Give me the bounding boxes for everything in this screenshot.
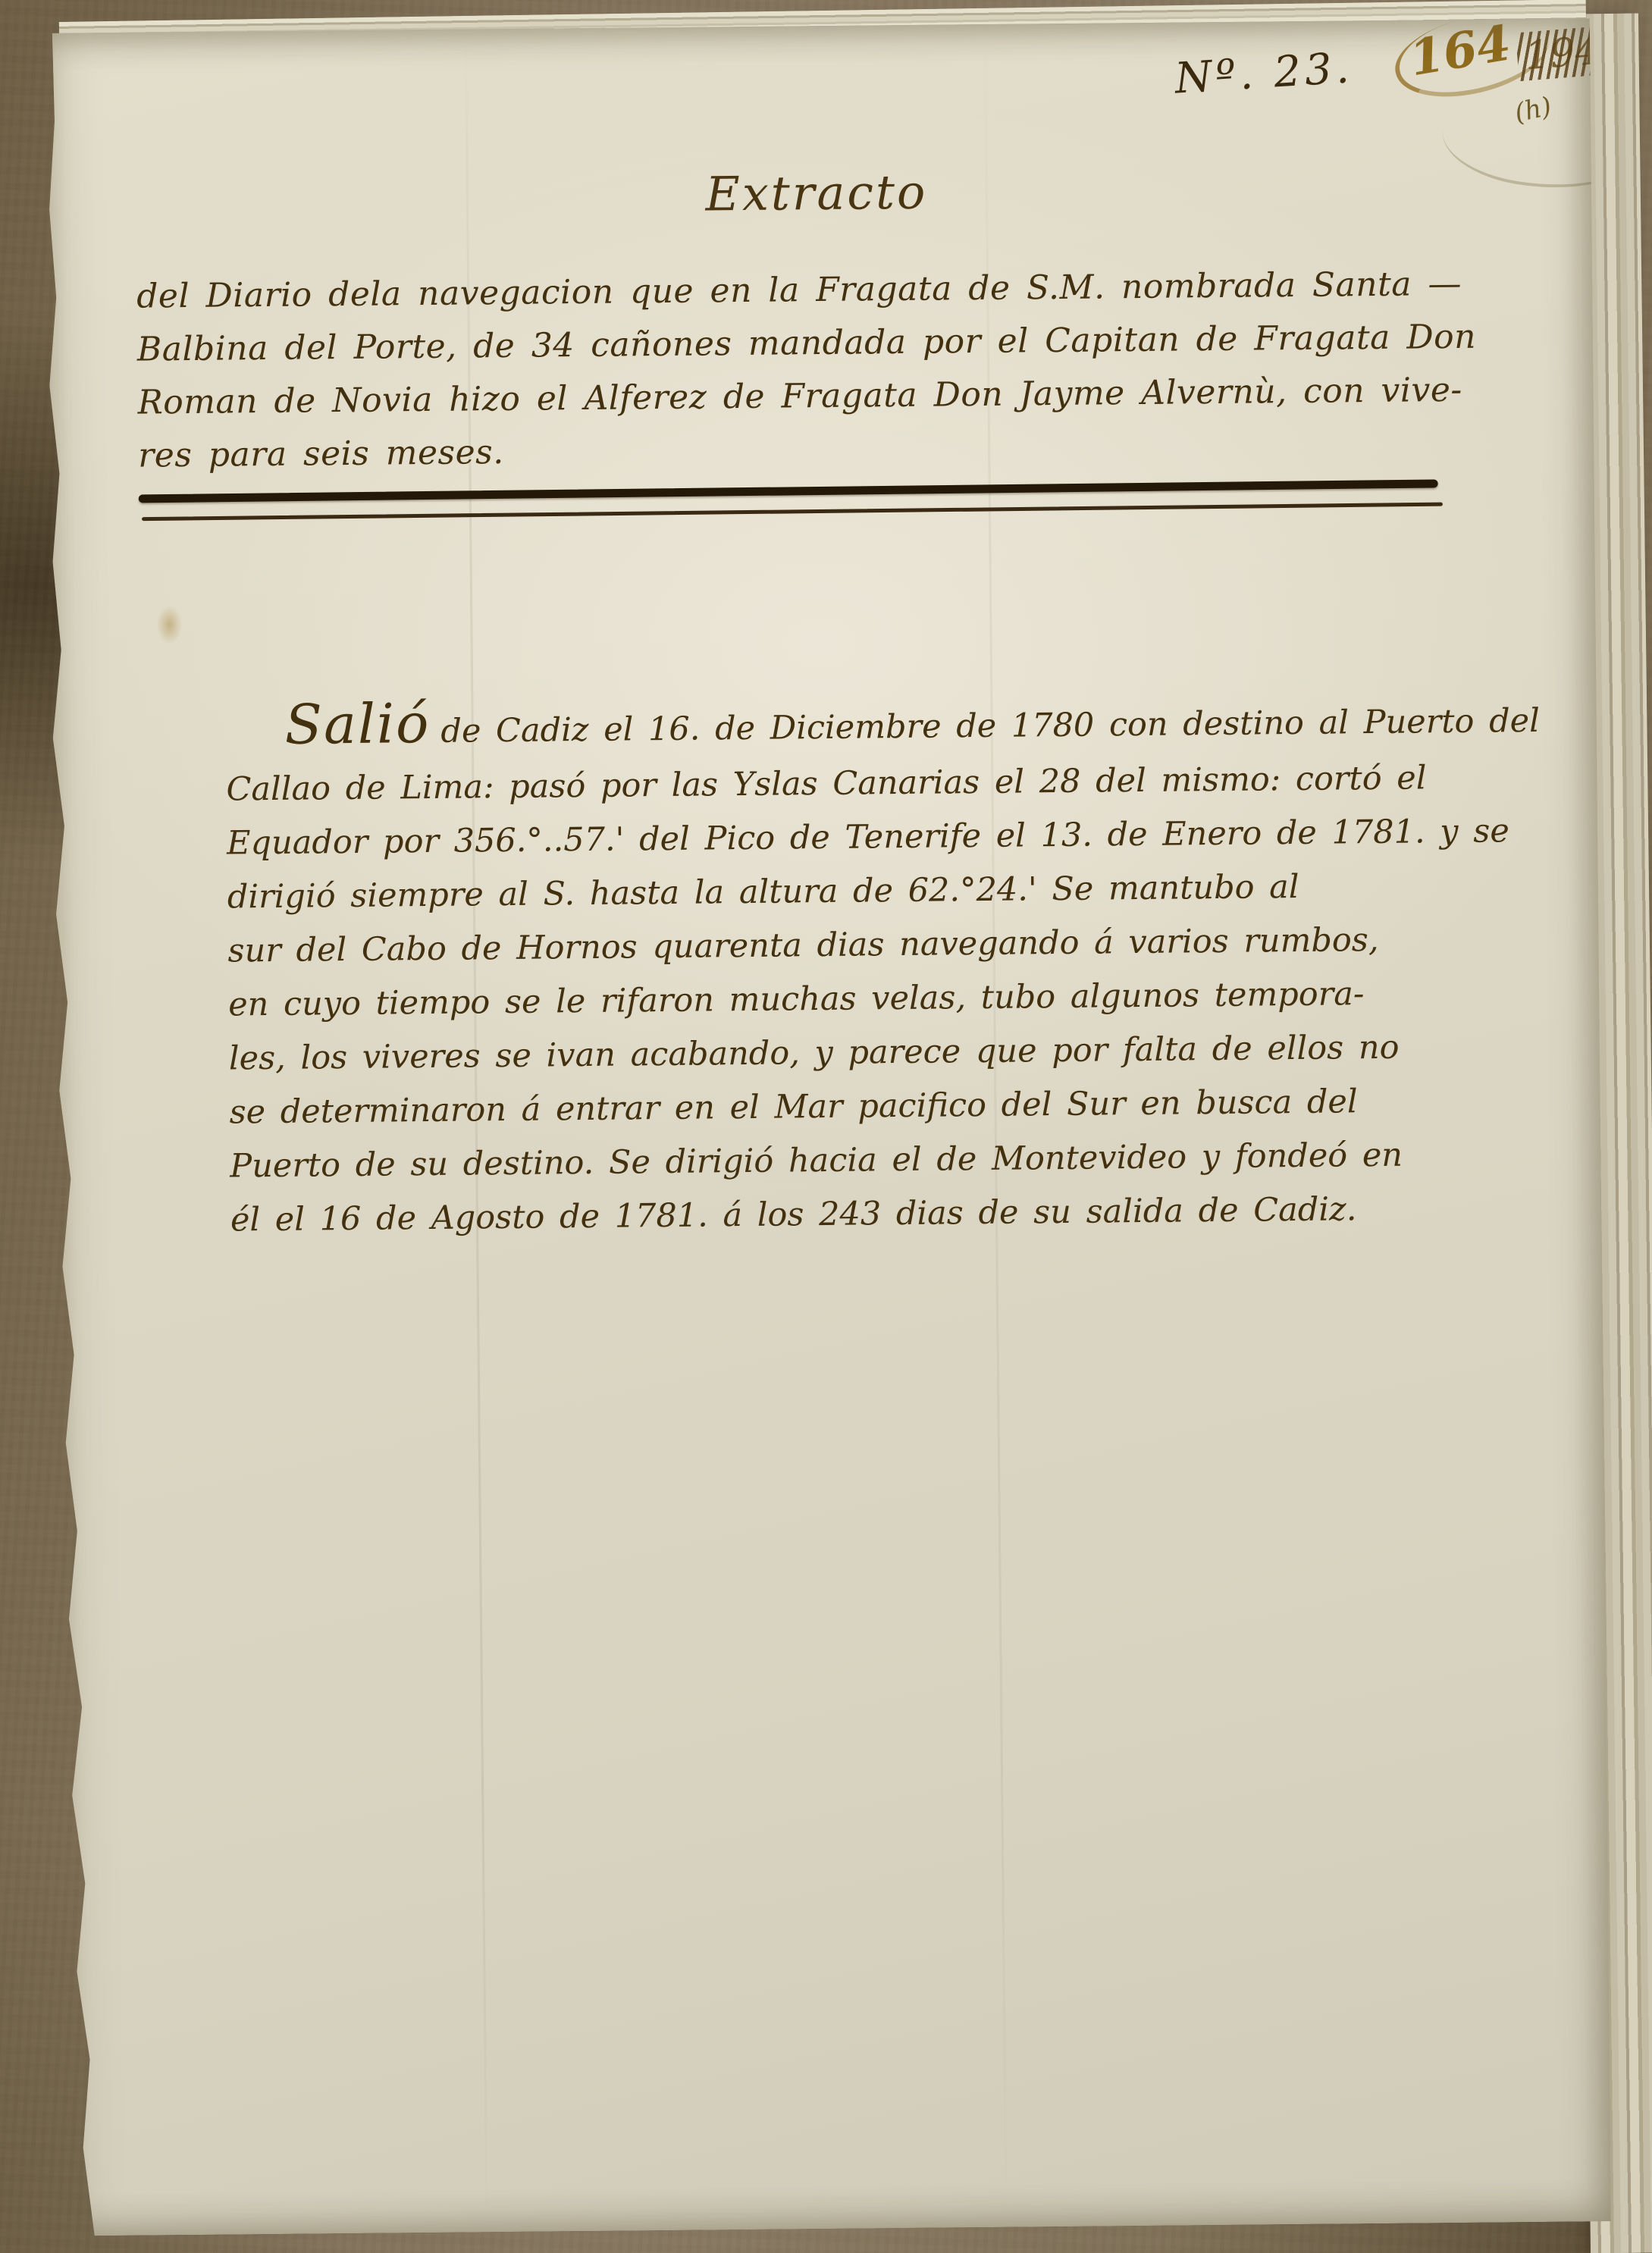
body-opening-word: Salió [284, 691, 430, 757]
folio-number: 164 [1406, 14, 1515, 87]
intro-paragraph: del Diario dela navegacion que en la Fra… [136, 257, 1540, 483]
document-number: Nº. 23. [1174, 43, 1355, 103]
body-paragraph: Salióde Cadiz el 16. de Diciembre de 178… [225, 682, 1585, 1247]
divider-rule-thin [142, 503, 1443, 521]
manuscript-page: Nº. 23. 164 (h) 194 Extracto del Diario … [40, 18, 1611, 2236]
body-line: Salióde Cadiz el 16. de Diciembre de 178… [284, 682, 1580, 762]
page-title: Extracto [42, 158, 1592, 228]
divider-rule-thick [139, 479, 1438, 503]
folio-submark: (h) [1512, 91, 1554, 129]
ink-stain [156, 605, 182, 644]
body-line-text: de Cadiz el 16. de Diciembre de 1780 con… [440, 702, 1540, 750]
